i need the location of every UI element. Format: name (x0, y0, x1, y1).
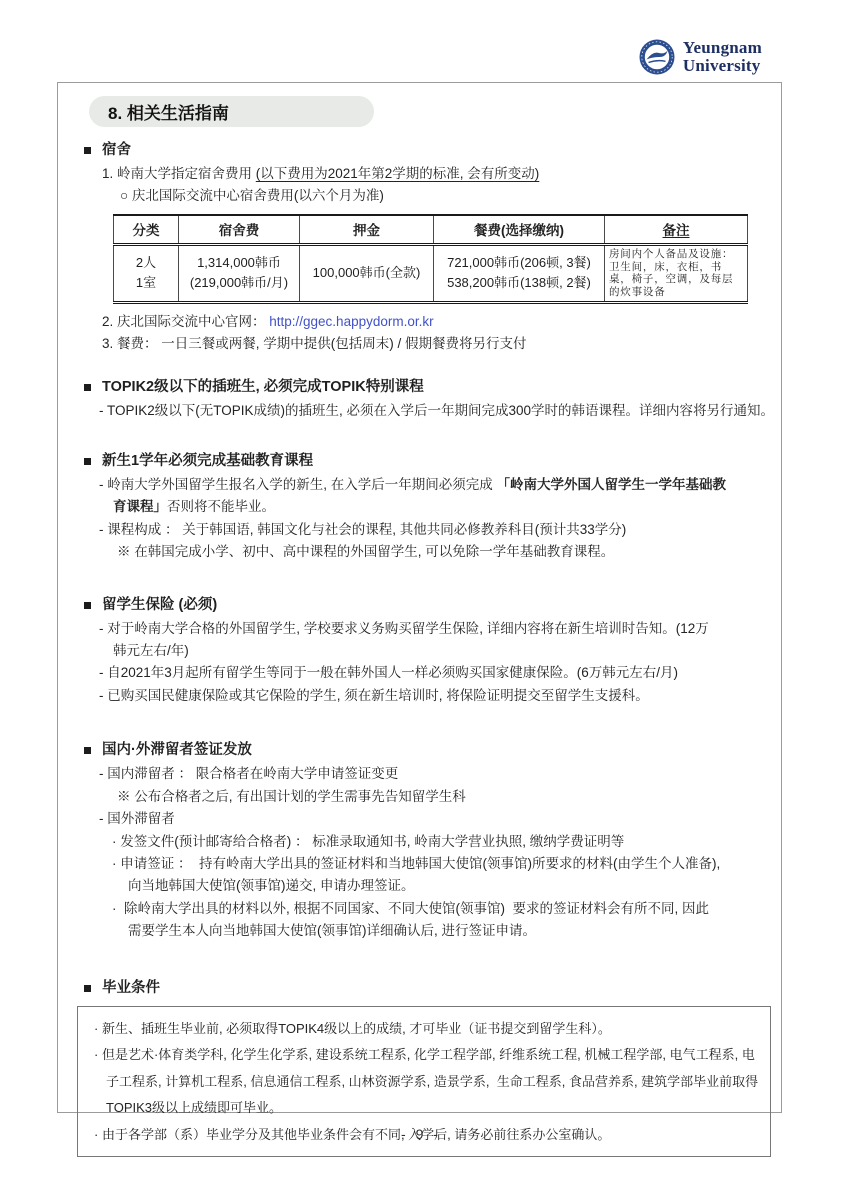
section-heading-topik: TOPIK2级以下的插班生, 必须完成TOPIK特别课程 (83, 377, 756, 397)
page-number: - 9 - (0, 1126, 842, 1142)
section-insurance: 留学生保险 (必须) - 对于岭南大学合格的外国留学生, 学校要求义务购买留学生… (83, 595, 756, 708)
section-heading-freshman: 新生1学年必须完成基础教育课程 (83, 451, 756, 471)
content-frame: 8. 相关生活指南 宿舍 1. 岭南大学指定宿舍费用 (以下费用为2021年第2… (57, 82, 782, 1113)
logo-text: Yeungnam University (683, 39, 762, 75)
square-bullet-icon (84, 458, 91, 465)
insurance-bullet-1: - 对于岭南大学合格的外国留学生, 学校要求义务购买留学生保险, 详细内容将在新… (99, 618, 756, 663)
table-header-note: 备注 (605, 215, 748, 245)
visa-bullet-4: · 发签文件(预计邮寄给合格者) ： 标准录取通知书, 岭南大学营业执照, 缴纳… (112, 831, 756, 853)
table-header-meal-fee: 餐费(选择缴纳) (434, 215, 605, 245)
cell-note: 房间内个人备品及设施： 卫生间，床，衣柜，书 桌，椅子，空调，及每层 的炊事设备 (605, 244, 748, 302)
dorm-item-1-text: 1. 岭南大学指定宿舍费用 (102, 166, 256, 181)
section-title: 留学生保险 (必须) (102, 595, 217, 615)
visa-bullet-5: · 申请签证 ： 持有岭南大学出具的签证材料和当地韩国大使馆(领事馆)所要求的材… (112, 853, 756, 898)
insurance-bullet-2: - 自2021年3月起所有留学生等同于一般在韩外国人一样必须购买国家健康保险。(… (99, 662, 756, 684)
section-heading-graduation: 毕业条件 (83, 978, 756, 998)
visa-bullet-6: · 除岭南大学出具的材料以外, 根据不同国家、不同大使馆(领事馆) 要求的签证材… (112, 898, 756, 943)
section-title: 新生1学年必须完成基础教育课程 (102, 451, 313, 471)
section-title: TOPIK2级以下的插班生, 必须完成TOPIK特别课程 (102, 377, 424, 397)
table-header-dorm-fee: 宿舍费 (179, 215, 300, 245)
logo-line2: University (683, 57, 762, 75)
square-bullet-icon (84, 747, 91, 754)
dorm-item-1-sub: ○ 庆北国际交流中心宿舍费用(以六个月为准) (120, 185, 756, 207)
freshman-bullet-3: ※ 在韩国完成小学、初中、高中课程的外国留学生, 可以免除一学年基础教育课程。 (117, 541, 756, 563)
section-heading-visa: 国内·外滞留者签证发放 (83, 740, 756, 760)
table-header-category: 分类 (114, 215, 179, 245)
freshman-bullet-2: - 课程构成 ： 关于韩国语, 韩国文化与社会的课程, 其他共同必修教养科目(预… (99, 519, 756, 541)
section-heading-dormitory: 宿舍 (83, 140, 756, 160)
freshman-b1-post: 否则将不能毕业。 (167, 499, 275, 514)
cell-dorm-fee: 1,314,000韩币 (219,000韩币/月) (179, 244, 300, 302)
dorm-item-1: 1. 岭南大学指定宿舍费用 (以下费用为2021年第2学期的标准, 会有所变动) (102, 163, 756, 185)
freshman-b1-pre: - 岭南大学外国留学生报名入学的新生, 在入学后一年期间必须完成 (99, 477, 497, 492)
section-heading-insurance: 留学生保险 (必须) (83, 595, 756, 615)
graduation-bullet-2: · 但是艺术·体育类学科, 化学生化学系, 建设系统工程系, 化学工程学部, 纤… (94, 1042, 756, 1122)
section-title: 宿舍 (102, 140, 131, 160)
page-title: 8. 相关生活指南 (108, 99, 229, 124)
dorm-item-3: 3. 餐费： 一日三餐或两餐, 学期中提供(包括周末) / 假期餐费将另行支付 (102, 333, 756, 355)
table-header-row: 分类 宿舍费 押金 餐费(选择缴纳) 备注 (114, 215, 748, 245)
table-header-note-label: 备注 (663, 223, 690, 238)
section-topik: TOPIK2级以下的插班生, 必须完成TOPIK特别课程 - TOPIK2级以下… (83, 377, 756, 422)
university-emblem-icon (639, 39, 675, 75)
visa-bullet-2: ※ 公布合格者之后, 有出国计划的学生需事先告知留学生科 (117, 786, 756, 808)
freshman-bullet-1: - 岭南大学外国留学生报名入学的新生, 在入学后一年期间必须完成 「岭南大学外国… (99, 474, 756, 519)
section-title: 毕业条件 (102, 978, 160, 998)
section-title: 国内·外滞留者签证发放 (102, 740, 252, 760)
page-title-badge: 8. 相关生活指南 (89, 96, 374, 127)
section-dormitory: 宿舍 1. 岭南大学指定宿舍费用 (以下费用为2021年第2学期的标准, 会有所… (83, 140, 756, 356)
visa-bullet-1: - 国内滞留者 ： 限合格者在岭南大学申请签证变更 (99, 763, 756, 785)
section-freshman-course: 新生1学年必须完成基础教育课程 - 岭南大学外国留学生报名入学的新生, 在入学后… (83, 451, 756, 564)
table-header-deposit: 押金 (300, 215, 434, 245)
graduation-bullet-1: · 新生、插班生毕业前, 必须取得TOPIK4级以上的成绩, 才可毕业（证书提交… (94, 1016, 756, 1043)
logo-line1: Yeungnam (683, 39, 762, 57)
insurance-bullet-3: - 已购买国民健康保险或其它保险的学生, 须在新生培训时, 将保险证明提交至留学… (99, 685, 756, 707)
university-logo: Yeungnam University (639, 39, 762, 75)
dorm-website-link[interactable]: http://ggec.happydorm.or.kr (269, 314, 433, 329)
visa-bullet-3: - 国外滞留者 (99, 808, 756, 830)
square-bullet-icon (84, 602, 91, 609)
cell-category: 2人 1室 (114, 244, 179, 302)
dorm-item-2-label: 2. 庆北国际交流中心官网： (102, 314, 269, 329)
square-bullet-icon (84, 147, 91, 154)
cell-deposit: 100,000韩币(全款) (300, 244, 434, 302)
dorm-item-2: 2. 庆北国际交流中心官网： http://ggec.happydorm.or.… (102, 311, 756, 333)
section-visa: 国内·外滞留者签证发放 - 国内滞留者 ： 限合格者在岭南大学申请签证变更 ※ … (83, 740, 756, 942)
square-bullet-icon (84, 985, 91, 992)
dorm-fee-table: 分类 宿舍费 押金 餐费(选择缴纳) 备注 2人 1室 1,314,000韩币 … (113, 214, 748, 304)
square-bullet-icon (84, 384, 91, 391)
dorm-item-1-underlined: (以下费用为2021年第2学期的标准, 会有所变动) (256, 166, 540, 181)
cell-meal-fee: 721,000韩币(206顿, 3餐) 538,200韩币(138顿, 2餐) (434, 244, 605, 302)
topik-bullet-1: - TOPIK2级以下(无TOPIK成绩)的插班生, 必须在入学后一年期间完成3… (99, 400, 756, 422)
table-data-row: 2人 1室 1,314,000韩币 (219,000韩币/月) 100,000韩… (114, 244, 748, 302)
